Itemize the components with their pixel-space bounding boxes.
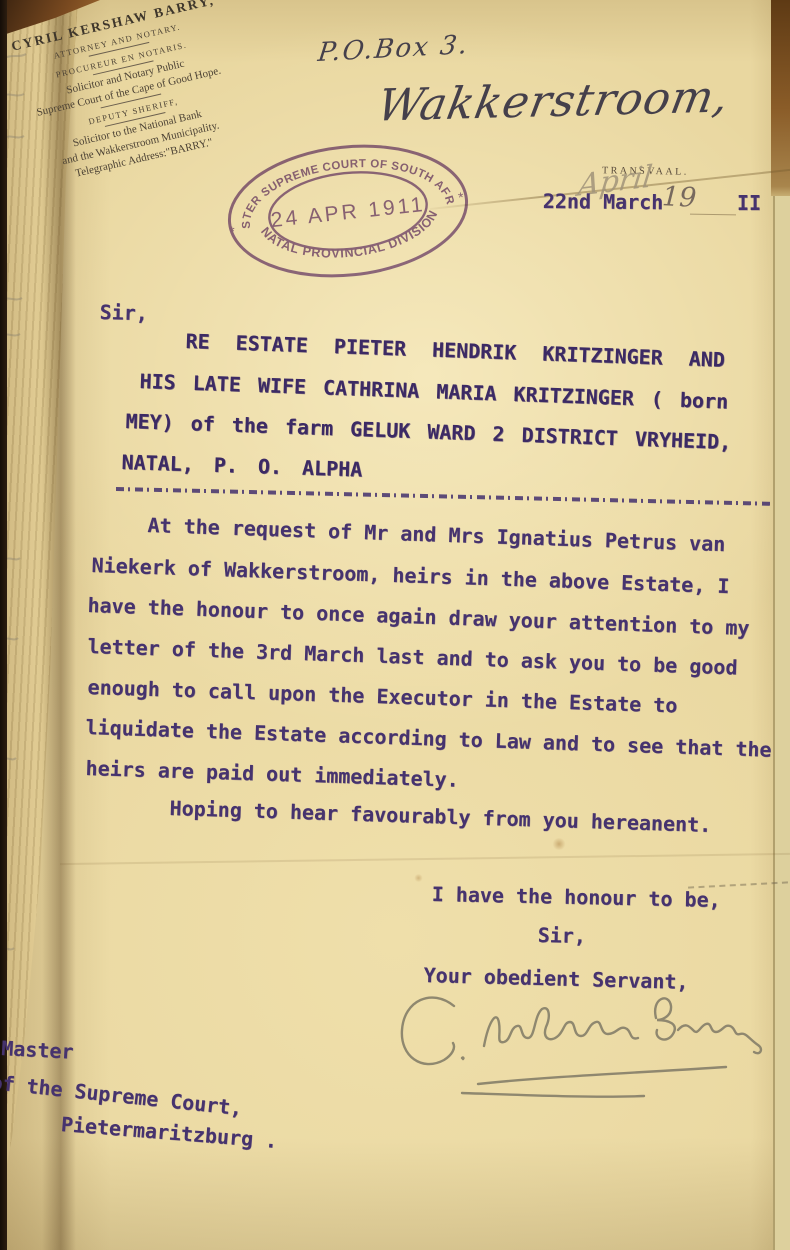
page-right-edge — [773, 196, 790, 1250]
date-typed: 22nd March — [543, 189, 664, 214]
photo-left-edge — [0, 0, 7, 1250]
year-typed: II — [737, 191, 761, 215]
signature — [392, 986, 772, 1104]
addressee-line: Master — [1, 1036, 74, 1064]
stamp-star-left: * — [229, 223, 237, 240]
ink-stain — [552, 838, 566, 850]
supreme-court-date-stamp: MASTER SUPREME COURT OF SOUTH AFRICA NAT… — [195, 111, 501, 310]
year-printed-script: 19 — [661, 181, 697, 214]
right-binding-strip — [771, 0, 790, 196]
salutation: Sir, — [99, 300, 148, 325]
scanned-letter-page: CYRIL KERSHAW BARRY, ATTORNEY AND NOTARY… — [0, 0, 790, 1250]
closing-line: Sir, — [537, 923, 586, 948]
ink-stain — [414, 874, 423, 882]
stamp-date: 24 APR 1911 — [270, 193, 427, 232]
